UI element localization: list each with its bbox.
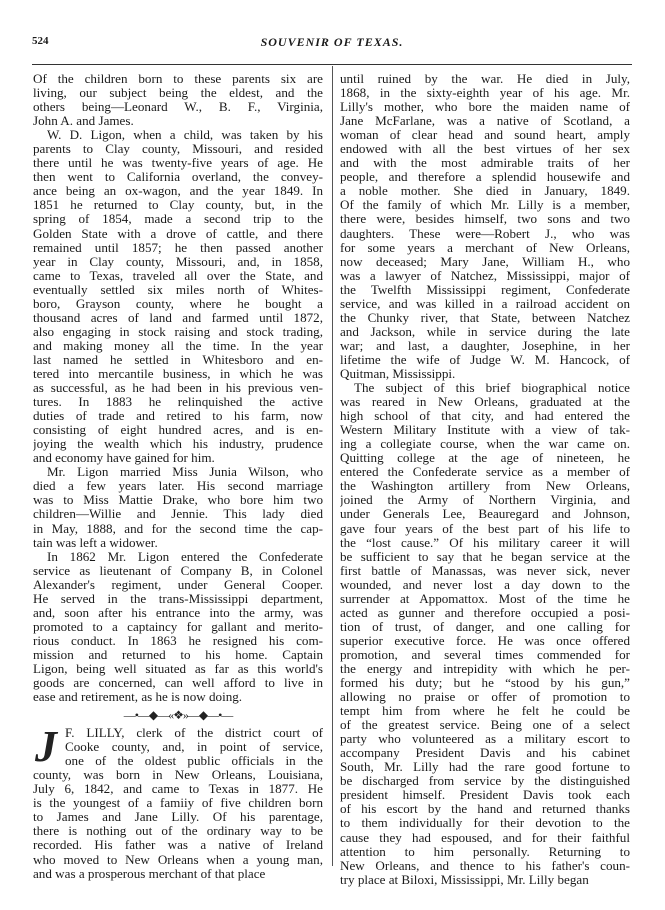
text-line: 1851 he returned to Clay county, but, in… [33, 198, 323, 212]
text-line: Lilly's mother, who bore the maiden name… [340, 100, 630, 114]
text-line: Jane McFarlane, was a native of Scotland… [340, 114, 630, 128]
text-line: there is nothing out of the ordinary way… [33, 824, 323, 838]
text-line: gave four years of the best part of his … [340, 522, 630, 536]
text-line: ance being an ox-wagon, and the year 184… [33, 184, 323, 198]
text-line: others being—Leonard W., B. F., Virginia… [33, 100, 323, 114]
text-line: ease and retirement, as he is now doing. [33, 690, 323, 704]
text-line: children—Willie and Jennie. This lady di… [33, 507, 323, 521]
text-line: and making money all the time. In the ye… [33, 339, 323, 353]
text-line: In 1862 Mr. Ligon entered the Confederat… [33, 550, 323, 564]
text-line: entered the Confederate service as a mem… [340, 465, 630, 479]
text-line: promoted to a captaincy for gallant and … [33, 620, 323, 634]
text-line: first battle of Manassas, was never sick… [340, 564, 630, 578]
running-title: SOUVENIR OF TEXAS. [32, 35, 632, 50]
text-line: eventually settled six miles north of Wh… [33, 283, 323, 297]
text-line: tion of trust, of danger, and one callin… [340, 620, 630, 634]
text-line: wounded, and never lost a day down to th… [340, 578, 630, 592]
paragraph: W. D. Ligon, when a child, was taken by … [33, 128, 323, 465]
text-line: be sufficient to say that he began servi… [340, 550, 630, 564]
text-line: tures. In 1883 he relinquished the activ… [33, 395, 323, 409]
dropcap-letter: J [35, 727, 59, 767]
text-line: as successful, as he had been in his pre… [33, 381, 323, 395]
paragraph: Of the children born to these parents si… [33, 72, 323, 128]
text-line: and with the most admirable traits of he… [340, 156, 630, 170]
text-line: acted as gunner and therefore occupied a… [340, 606, 630, 620]
text-line: South, Mr. Lilly had the rare good fortu… [340, 760, 630, 774]
text-line: county, was born in New Orleans, Louisia… [33, 768, 323, 782]
paragraph: Mr. Ligon married Miss Junia Wilson, who… [33, 465, 323, 549]
text-line: Of the family of which Mr. Lilly is a me… [340, 198, 630, 212]
text-line: a noble mother. She died in January, 184… [340, 184, 630, 198]
text-line: cause they had espoused, and for their f… [340, 831, 630, 845]
text-line: the Washington artillery from New Orlean… [340, 479, 630, 493]
section-ornament: —•—◆—«❖»—◆—•— [33, 704, 323, 726]
text-line: the energy and intrepidity with which he… [340, 662, 630, 676]
text-line: boro, Grayson county, where he bought a [33, 297, 323, 311]
text-line: service, and was killed in a railroad ac… [340, 297, 630, 311]
text-line: thousand acres of land and farmed until … [33, 311, 323, 325]
right-column: until ruined by the war. He died in July… [340, 72, 630, 887]
text-line: woman of clear head and sound heart, amp… [340, 128, 630, 142]
text-line: to them individually for their devotion … [340, 816, 630, 830]
text-line: living, our subject being the eldest, an… [33, 86, 323, 100]
text-line: parents to Clay county, Missouri, and re… [33, 142, 323, 156]
text-line: and economy have gained for him. [33, 451, 323, 465]
text-line: died a few years later. His second marri… [33, 479, 323, 493]
text-line: in May, 1888, and for the second time th… [33, 522, 323, 536]
text-line: Alexander's regiment, under General Coop… [33, 578, 323, 592]
text-line: was to Miss Mattie Drake, who bore him t… [33, 493, 323, 507]
text-line: was a lawyer of Natchez, Mississippi, ma… [340, 269, 630, 283]
text-line: be discharged from service by the distin… [340, 774, 630, 788]
text-line: year in Clay county, Missouri, and, in 1… [33, 255, 323, 269]
text-line: superior executive force. He was once of… [340, 634, 630, 648]
text-line: accompany President Davis and his cabine… [340, 746, 630, 760]
text-line: surrender at Appomattox. Most of the tim… [340, 592, 630, 606]
text-line: under Generals Lee, Beauregard and Johns… [340, 507, 630, 521]
text-line: tain was left a widower. [33, 536, 323, 550]
paragraph: F. LILLY, clerk of the district court of… [33, 726, 323, 768]
text-line: and, soon after his entrance into the ar… [33, 606, 323, 620]
text-line: for some years a merchant of New Orleans… [340, 241, 630, 255]
text-line: remained until 1857; he then passed anot… [33, 241, 323, 255]
text-line: spring of 1854, made a second trip to th… [33, 212, 323, 226]
paragraph: until ruined by the war. He died in July… [340, 72, 630, 381]
left-column: Of the children born to these parents si… [33, 72, 323, 881]
text-line: there were, besides himself, two sons an… [340, 212, 630, 226]
text-line: of his escort by the hand and returned t… [340, 802, 630, 816]
text-line: one of the oldest public officials in th… [33, 754, 323, 768]
text-line: consisting of eight hundred acres, and i… [33, 423, 323, 437]
text-line: came to Texas, traveled all over the Sta… [33, 269, 323, 283]
text-line: also engaging in stock raising and stock… [33, 325, 323, 339]
text-line: Of the children born to these parents si… [33, 72, 323, 86]
text-line: The subject of this brief biographical n… [340, 381, 630, 395]
text-line: rious conduct. In 1863 he resigned his c… [33, 634, 323, 648]
text-line: is the youngest of a famiiy of five chil… [33, 796, 323, 810]
text-line: Ligon, being well situated as far as thi… [33, 662, 323, 676]
text-line: and Jackson, while in service during the… [340, 325, 630, 339]
text-line: lifetime the wife of Judge W. M. Hancock… [340, 353, 630, 367]
text-line: ing a collegiate course, when the war ca… [340, 437, 630, 451]
text-line: Mr. Ligon married Miss Junia Wilson, who [33, 465, 323, 479]
text-line: the Twelfth Mississippi regiment, Confed… [340, 283, 630, 297]
text-line: Golden State with a drove of cattle, and… [33, 227, 323, 241]
text-line: to James and Jane Lilly. Of his parentag… [33, 810, 323, 824]
header-rule [32, 64, 632, 65]
text-line: then went to California overland, the co… [33, 170, 323, 184]
text-line: formed his duty; but he “stood by his gu… [340, 676, 630, 690]
text-line: endowed with all the best virtues of her… [340, 142, 630, 156]
text-line: now deceased; Mary Jane, William H., who [340, 255, 630, 269]
paragraph: In 1862 Mr. Ligon entered the Confederat… [33, 550, 323, 705]
text-line: and was a prosperous merchant of that pl… [33, 867, 323, 881]
text-line: war; and last, a daughter, Josephine, in… [340, 339, 630, 353]
text-line: service as lieutenant of Company B, in C… [33, 564, 323, 578]
text-line: the “lost cause.” Of his military career… [340, 536, 630, 550]
paragraph: The subject of this brief biographical n… [340, 381, 630, 887]
text-line: goods are concerned, can well afford to … [33, 676, 323, 690]
text-line: Western Military Institute with a view o… [340, 423, 630, 437]
text-line: who moved to New Orleans when a young ma… [33, 853, 323, 867]
text-line: F. LILLY, clerk of the district court of [33, 726, 323, 740]
text-line: was reared in New Orleans, graduated at … [340, 395, 630, 409]
dropcap-block: J F. LILLY, clerk of the district court … [33, 726, 323, 768]
text-line: the Chunky river, that State, between Na… [340, 311, 630, 325]
text-line: promotion, and several times commended f… [340, 648, 630, 662]
column-divider [332, 66, 333, 866]
text-line: John A. and James. [33, 114, 323, 128]
text-line: there until he was twenty-five years of … [33, 156, 323, 170]
text-line: people, and therefore a splendid housewi… [340, 170, 630, 184]
text-line: He served in the trans-Mississippi depar… [33, 592, 323, 606]
text-line: Quitman, Mississippi. [340, 367, 630, 381]
text-line: Quitting college at the age of nineteen,… [340, 451, 630, 465]
text-line: tered into mercantile business, in which… [33, 367, 323, 381]
text-line: joined the Army of Northern Virginia, an… [340, 493, 630, 507]
text-line: party who volunteered as a military esco… [340, 732, 630, 746]
text-line: 1868, in the sixty-eighth year of his ag… [340, 86, 630, 100]
text-line: Cooke county, and, in point of service, [33, 740, 323, 754]
text-line: mission and returned to his home. Captai… [33, 648, 323, 662]
text-line: joying the wealth which his industry, pr… [33, 437, 323, 451]
text-line: last named he settled in Whitesboro and … [33, 353, 323, 367]
paragraph: county, was born in New Orleans, Louisia… [33, 768, 323, 880]
text-line: daughters. These were—Robert J., who was [340, 227, 630, 241]
text-line: tempt him from where he felt he could be [340, 704, 630, 718]
text-line: try place at Biloxi, Mississippi, Mr. Li… [340, 873, 630, 887]
text-line: W. D. Ligon, when a child, was taken by … [33, 128, 323, 142]
text-line: of the greatest service. Being one of a … [340, 718, 630, 732]
text-line: attention to him personally. Returning t… [340, 845, 630, 859]
text-line: allowing no praise or offer of promotion… [340, 690, 630, 704]
text-line: president himself. President Davis took … [340, 788, 630, 802]
text-line: recorded. His father was a native of Ire… [33, 838, 323, 852]
text-line: high school of that city, and had entere… [340, 409, 630, 423]
text-line: duties of trade and retired to his farm,… [33, 409, 323, 423]
page-header: 524 SOUVENIR OF TEXAS. [32, 35, 632, 53]
text-line: until ruined by the war. He died in July… [340, 72, 630, 86]
text-line: July 6, 1842, and came to Texas in 1877.… [33, 782, 323, 796]
text-line: New Orleans, and thence to his father's … [340, 859, 630, 873]
